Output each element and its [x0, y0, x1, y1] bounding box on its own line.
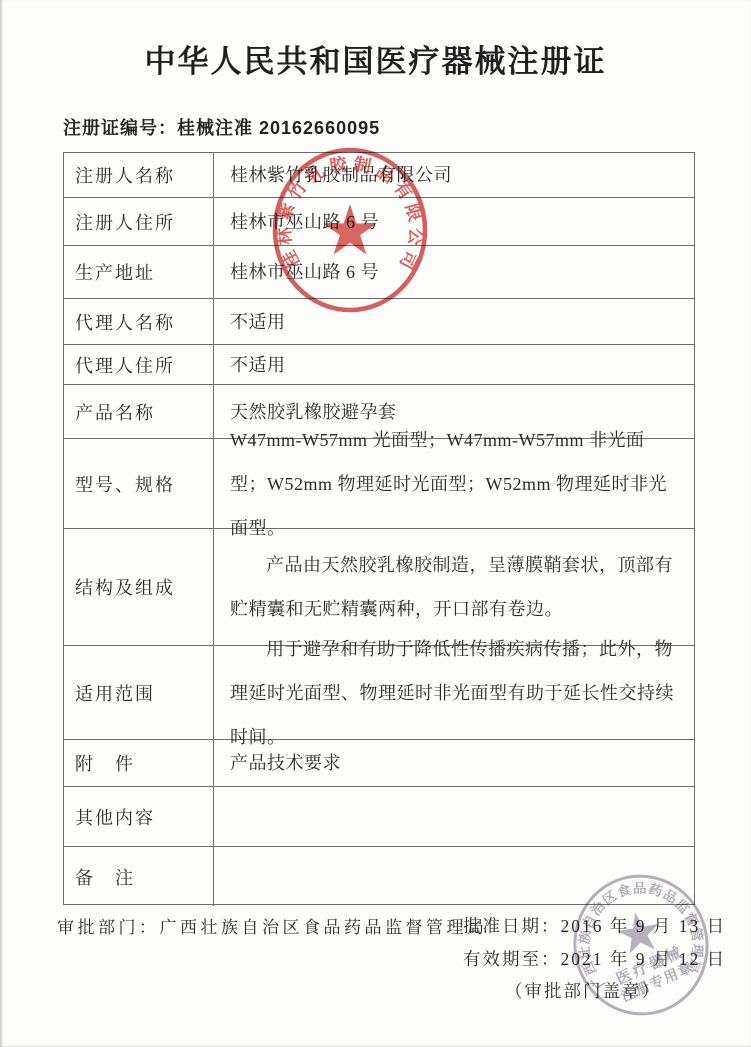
row-label: 代理人名称 — [64, 299, 214, 344]
row-value-text: 桂林市巫山路 6 号 — [230, 250, 680, 294]
cert-number-line: 注册证编号：桂械注准 20162660095 — [63, 114, 380, 140]
row-value-text: 产品由天然胶乳橡胶制造，呈薄膜鞘套状，顶部有贮精囊和无贮精囊两种，开口部有卷边。 — [230, 543, 680, 631]
approval-date-label: 批准日期： — [463, 916, 561, 936]
row-label: 代理人住所 — [64, 345, 214, 384]
row-value — [214, 787, 694, 846]
table-row: 适用范围 用于避孕和有助于降低性传播疾病传播；此外，物理延时光面型、物理延时非光… — [64, 646, 694, 740]
row-label: 注册人住所 — [64, 198, 214, 245]
row-value: 用于避孕和有助于降低性传播疾病传播；此外，物理延时光面型、物理延时非光面型有助于… — [214, 646, 694, 739]
table-row: 备 注 — [64, 847, 694, 906]
row-value — [214, 847, 694, 906]
cert-number-value: 桂械注准 20162660095 — [177, 118, 380, 138]
table-row: 代理人住所 不适用 — [64, 345, 694, 385]
authority-seal-line2: 注册专用章 — [619, 958, 697, 1005]
approval-date-value: 2016 年 9 月 13 日 — [561, 916, 727, 936]
row-value: 桂林市巫山路 6 号 — [214, 198, 694, 245]
row-value-text: 不适用 — [230, 343, 680, 387]
approval-dept-label: 审批部门： — [57, 918, 160, 937]
authority-seal-line1: 医疗器械 — [613, 942, 686, 988]
row-value: 桂林市巫山路 6 号 — [214, 246, 694, 298]
valid-until-line: 有效期至：2021 年 9 月 12 日 — [463, 946, 726, 971]
table-row: 附 件 产品技术要求 — [64, 740, 694, 787]
seal-note: （审批部门盖章） — [505, 978, 661, 1003]
row-value: 产品技术要求 — [214, 740, 694, 786]
table-row: 注册人名称 桂林紫竹乳胶制品有限公司 — [64, 153, 694, 198]
valid-until-label: 有效期至： — [463, 949, 561, 969]
table-row: 型号、规格 W47mm-W57mm 光面型；W47mm-W57mm 非光面型；W… — [64, 439, 694, 529]
row-label: 生产地址 — [64, 246, 214, 298]
row-label: 备 注 — [64, 847, 214, 906]
table-row: 代理人名称 不适用 — [64, 299, 694, 345]
row-value-text: 不适用 — [230, 300, 680, 344]
row-label: 附 件 — [64, 740, 214, 786]
row-label: 其他内容 — [64, 787, 214, 846]
page-title: 中华人民共和国医疗器械注册证 — [0, 36, 751, 81]
valid-until-value: 2021 年 9 月 12 日 — [561, 949, 727, 969]
row-label: 结构及组成 — [64, 529, 214, 645]
row-value: 桂林紫竹乳胶制品有限公司 — [214, 153, 694, 197]
row-label: 适用范围 — [64, 646, 214, 739]
approval-dept-line: 审批部门：广西壮族自治区食品药品监督管理局 — [57, 913, 488, 938]
table-row: 注册人住所 桂林市巫山路 6 号 — [64, 198, 694, 246]
certificate-table: 注册人名称 桂林紫竹乳胶制品有限公司 注册人住所 桂林市巫山路 6 号 生产地址… — [63, 152, 695, 905]
authority-seal-star-icon — [615, 909, 663, 955]
approval-date-line: 批准日期：2016 年 9 月 13 日 — [463, 913, 726, 938]
row-value: 不适用 — [214, 345, 694, 384]
cert-number-label: 注册证编号： — [63, 118, 177, 138]
certificate-page: 中华人民共和国医疗器械注册证 注册证编号：桂械注准 20162660095 注册… — [0, 0, 751, 1047]
row-value-text: 产品技术要求 — [230, 741, 680, 785]
table-row: 生产地址 桂林市巫山路 6 号 — [64, 246, 694, 299]
row-value-text: 用于避孕和有助于降低性传播疾病传播；此外，物理延时光面型、物理延时非光面型有助于… — [230, 627, 680, 759]
row-value-text: 桂林紫竹乳胶制品有限公司 — [230, 153, 680, 197]
approval-dept-value: 广西壮族自治区食品药品监督管理局 — [160, 918, 488, 937]
row-value-text: 桂林市巫山路 6 号 — [230, 200, 680, 244]
row-label: 型号、规格 — [64, 439, 214, 528]
table-row: 其他内容 — [64, 787, 694, 847]
row-value: W47mm-W57mm 光面型；W47mm-W57mm 非光面型；W52mm 物… — [214, 439, 694, 528]
row-label: 产品名称 — [64, 385, 214, 438]
row-value: 不适用 — [214, 299, 694, 344]
row-label: 注册人名称 — [64, 153, 214, 197]
